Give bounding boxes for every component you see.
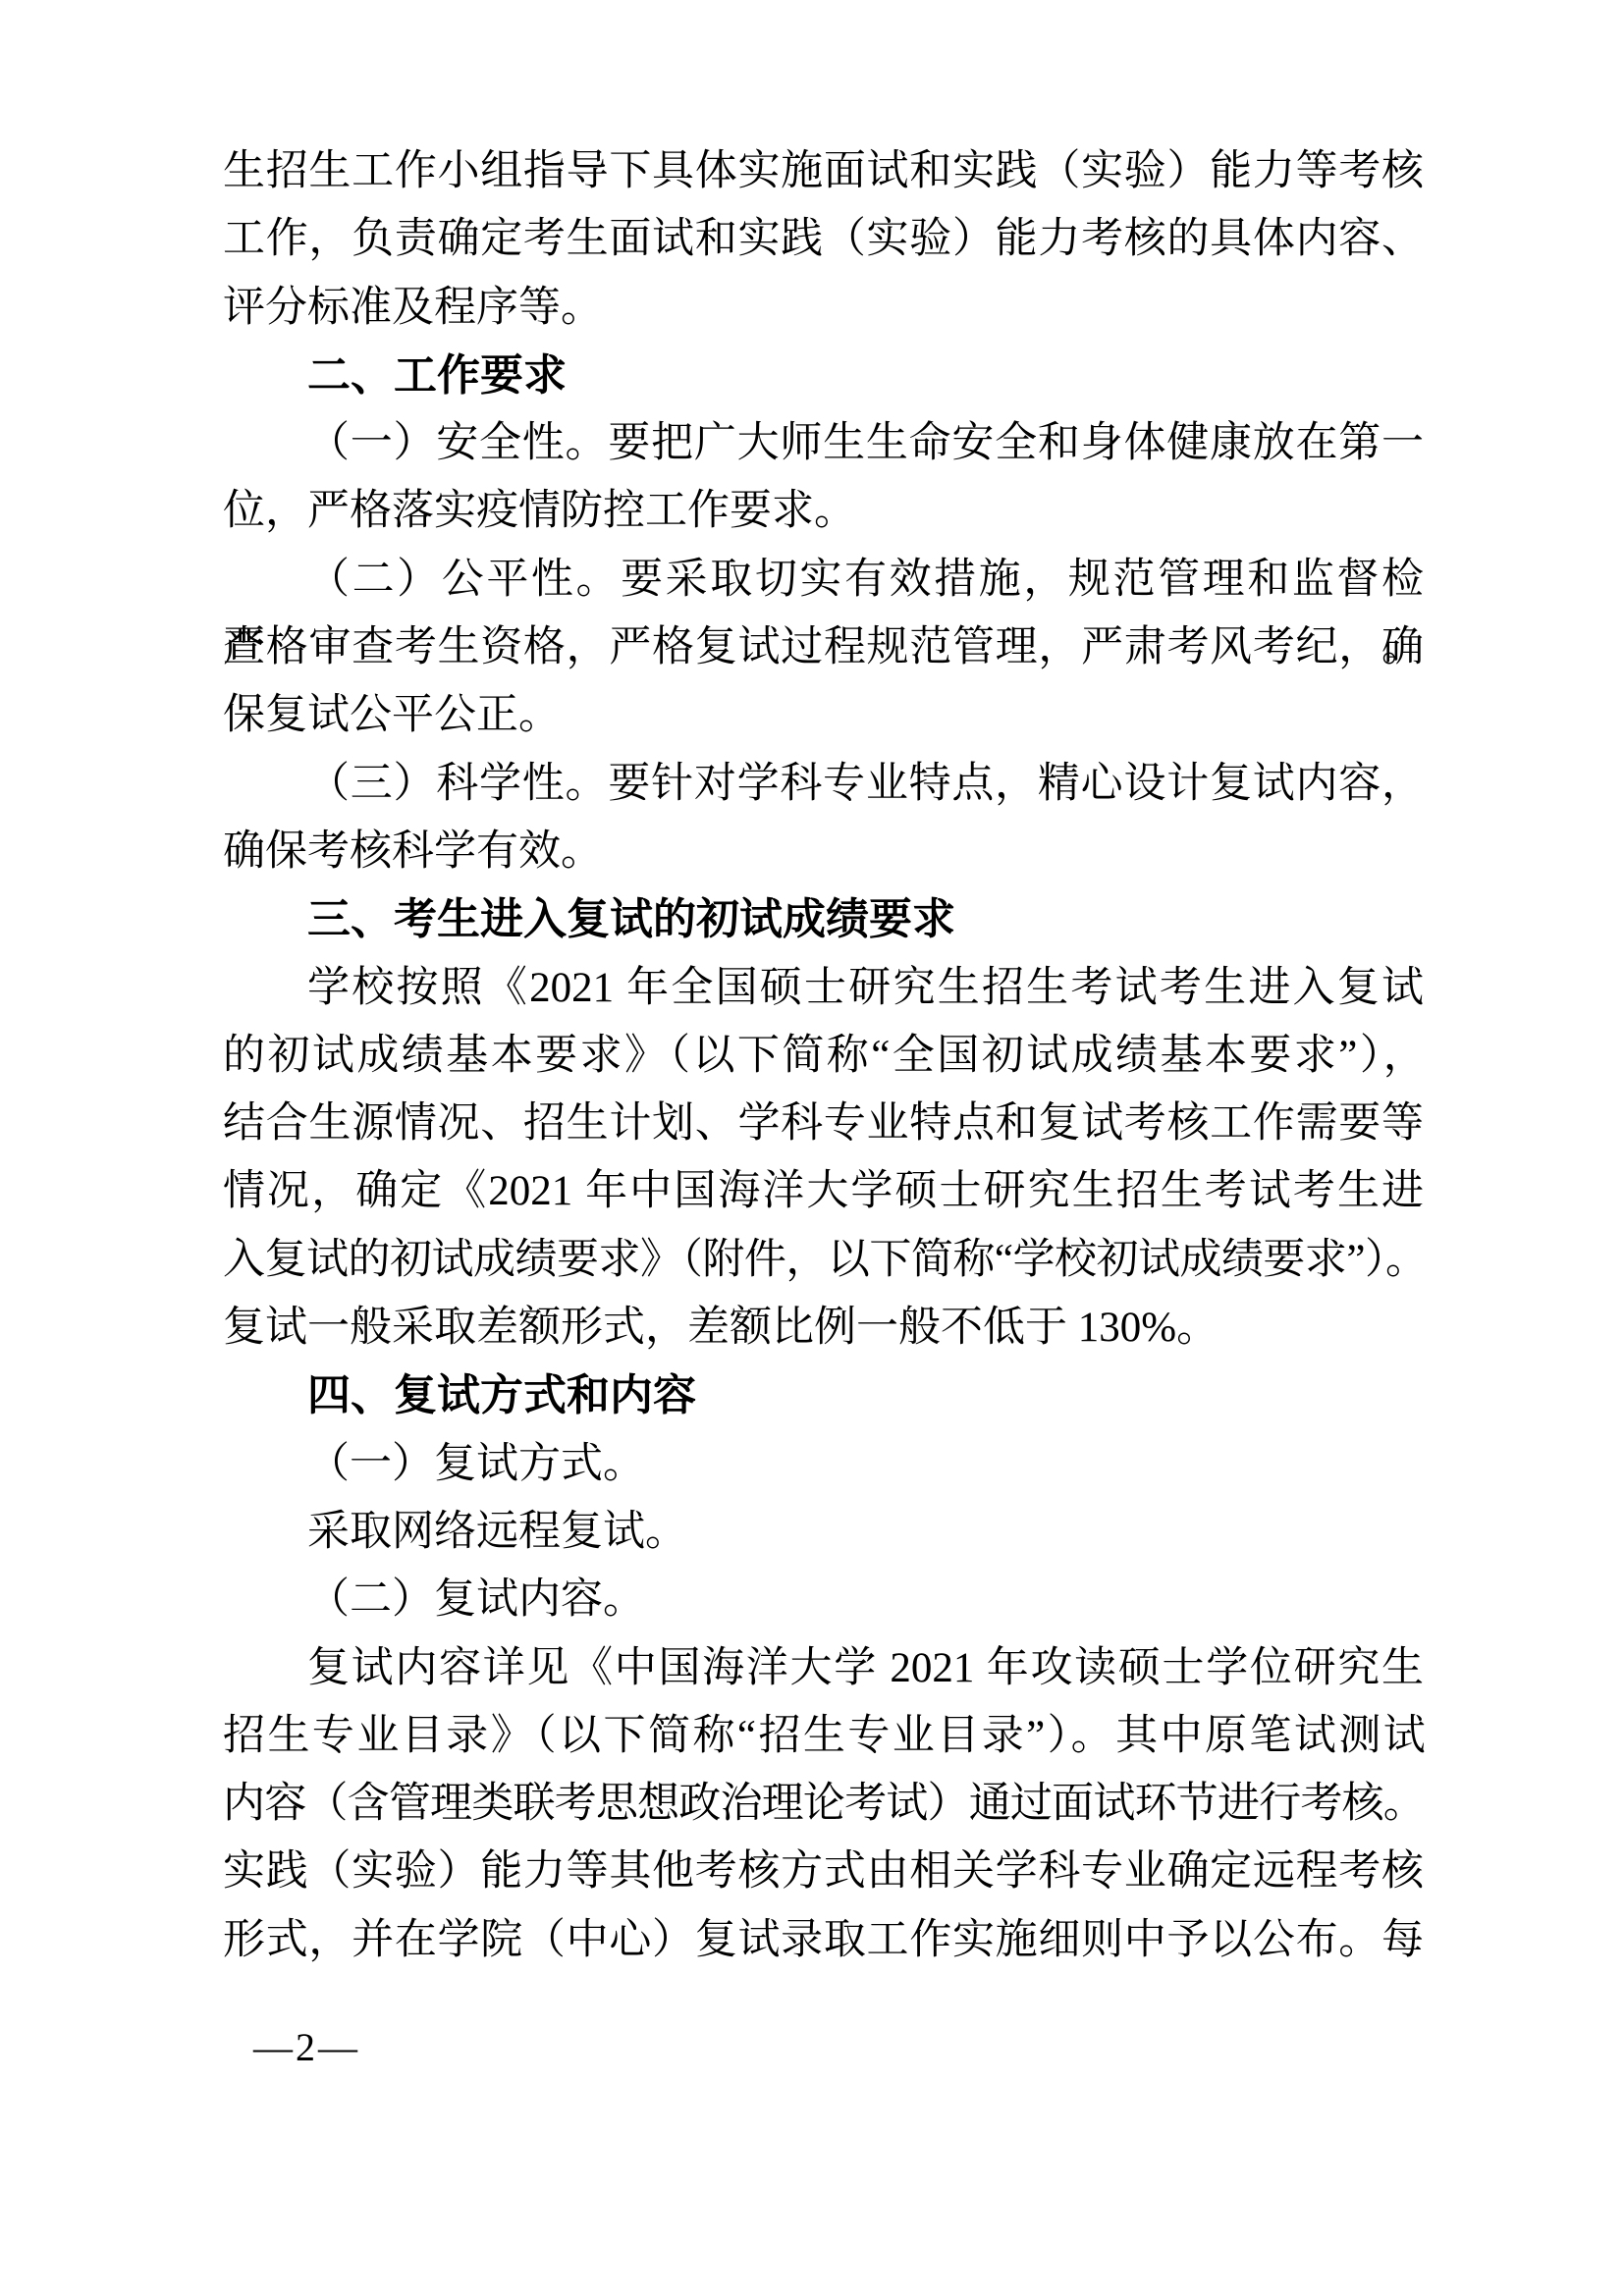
- text-line: （一）复试方式。: [223, 1430, 1424, 1498]
- page-number: —2—: [253, 2024, 360, 2071]
- text-line: 内容（含管理类联考思想政治理论考试）通过面试环节进行考核。: [223, 1770, 1424, 1838]
- text-line: 位，严格落实疫情防控工作要求。: [223, 477, 1424, 545]
- text-line: 生招生工作小组指导下具体实施面试和实践（实验）能力等考核: [223, 137, 1424, 205]
- text-line: 的初试成绩基本要求》（以下简称“全国初试成绩基本要求”），: [223, 1022, 1424, 1090]
- text-line: 保复试公平公正。: [223, 681, 1424, 749]
- text-line: （三）科学性。要针对学科专业特点，精心设计复试内容，: [223, 750, 1424, 818]
- section-heading: 四、复试方式和内容: [223, 1362, 1424, 1429]
- text-line: （二）公平性。要采取切实有效措施，规范管理和监督检查。: [223, 546, 1424, 614]
- text-line: 复试一般采取差额形式，差额比例一般不低于 130%。: [223, 1294, 1424, 1362]
- text-line: 采取网络远程复试。: [223, 1498, 1424, 1566]
- text-line: 严格审查考生资格，严格复试过程规范管理，严肃考风考纪，确: [223, 614, 1424, 681]
- text-line: 复试内容详见《中国海洋大学 2021 年攻读硕士学位研究生: [223, 1634, 1424, 1702]
- text-line: 形式，并在学院（中心）复试录取工作实施细则中予以公布。每: [223, 1906, 1424, 1974]
- text-line: 情况，确定《2021 年中国海洋大学硕士研究生招生考试考生进: [223, 1157, 1424, 1225]
- text-line: 结合生源情况、招生计划、学科专业特点和复试考核工作需要等: [223, 1090, 1424, 1157]
- text-line: （一）安全性。要把广大师生生命安全和身体健康放在第一: [223, 409, 1424, 477]
- text-line: 入复试的初试成绩要求》（附件，以下简称“学校初试成绩要求”）。: [223, 1226, 1424, 1294]
- text-line: 招生专业目录》（以下简称“招生专业目录”）。其中原笔试测试: [223, 1702, 1424, 1770]
- text-line: 学校按照《2021 年全国硕士研究生招生考试考生进入复试: [223, 954, 1424, 1022]
- text-block: 生招生工作小组指导下具体实施面试和实践（实验）能力等考核工作，负责确定考生面试和…: [223, 137, 1424, 1974]
- text-line: （二）复试内容。: [223, 1566, 1424, 1633]
- section-heading: 三、考生进入复试的初试成绩要求: [223, 885, 1424, 953]
- section-heading: 二、工作要求: [223, 342, 1424, 409]
- document-page: 生招生工作小组指导下具体实施面试和实践（实验）能力等考核工作，负责确定考生面试和…: [0, 0, 1624, 2296]
- text-line: 确保考核科学有效。: [223, 818, 1424, 885]
- text-line: 评分标准及程序等。: [223, 274, 1424, 342]
- text-line: 工作，负责确定考生面试和实践（实验）能力考核的具体内容、: [223, 205, 1424, 273]
- text-line: 实践（实验）能力等其他考核方式由相关学科专业确定远程考核: [223, 1838, 1424, 1905]
